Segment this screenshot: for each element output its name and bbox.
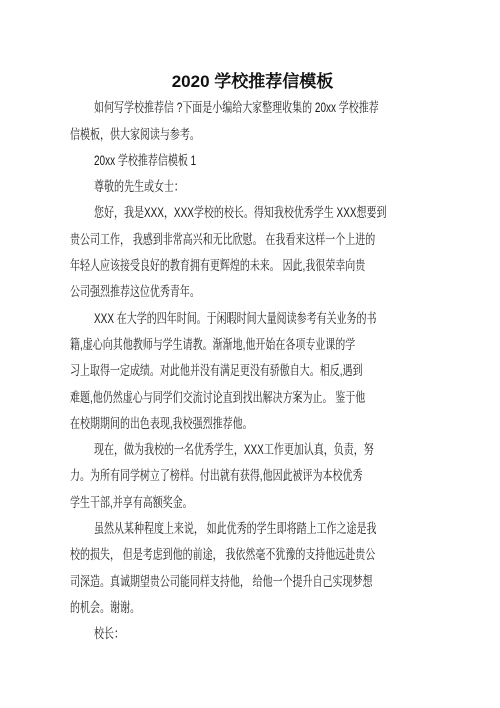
document-line: 力。为所有同学树立了榜样。付出就有获得,他因此被评为本校优秀 bbox=[70, 463, 435, 489]
document-line: 尊敬的先生或女士： bbox=[70, 174, 435, 200]
document-line: 难题,他仍然虚心与同学们交流讨论直到找出解决方案为止。 鉴于他 bbox=[70, 385, 435, 411]
document-line-text: 校的损失， 但是考虑到他的前途， 我依然毫不犹豫的支持他远赴贵公 bbox=[70, 542, 375, 568]
document-line: 司深造。真诚期望贵公司能同样支持他， 给他一个提升自己实现梦想 bbox=[70, 569, 435, 595]
document-line-text: 如何写学校推荐信 ?下面是小编给大家整理收集的 20xx 学校推荐 bbox=[94, 95, 379, 121]
document-line-text: 的机会。谢谢。 bbox=[70, 595, 140, 621]
document-line-text: 难题,他仍然虚心与同学们交流讨论直到找出解决方案为止。 鉴于他 bbox=[70, 385, 365, 411]
document-line-text: 公司强烈推荐这位优秀青年。 bbox=[70, 279, 200, 305]
document-line-text: 20xx 学校推荐信模板 1 bbox=[94, 148, 196, 174]
document-line-text: 司深造。真诚期望贵公司能同样支持他， 给他一个提升自己实现梦想 bbox=[70, 569, 372, 595]
document-line: 习上取得一定成绩。对此他并没有满足更没有骄傲自大。相反,遇到 bbox=[70, 358, 435, 384]
document-line: 年轻人应该接受良好的教育拥有更辉煌的未来。 因此,我很荣幸向贵 bbox=[70, 253, 435, 279]
document-line-text: 学生干部,并享有高额奖金。 bbox=[70, 490, 193, 516]
document-line-text: 虽然从某种程度上来说， 如此优秀的学生即将踏上工作之途是我 bbox=[94, 516, 376, 542]
document-line-text: 尊敬的先生或女士： bbox=[94, 174, 184, 200]
document-line: 您好，我是XXX，XXX学校的校长。得知我校优秀学生 XXX想要到 bbox=[70, 200, 435, 226]
document-line: 信模板，供大家阅读与参考。 bbox=[70, 122, 435, 148]
document-line-text: 在校期期间的出色表现,我校强烈推荐他。 bbox=[70, 411, 253, 437]
document-title: 2020 学校推荐信模板 bbox=[70, 69, 435, 95]
document-line-text: XXX 在大学的四年时间。于闲暇时间大量阅读参考有关业务的书 bbox=[94, 306, 377, 332]
document-line: 在校期期间的出色表现,我校强烈推荐他。 bbox=[70, 411, 435, 437]
document-line-text: 习上取得一定成绩。对此他并没有满足更没有骄傲自大。相反,遇到 bbox=[70, 358, 362, 384]
document-line: 虽然从某种程度上来说， 如此优秀的学生即将踏上工作之途是我 bbox=[70, 516, 435, 542]
document-line: 籍,虚心向其他教师与学生请教。渐渐地,他开始在各项专业课的学 bbox=[70, 332, 435, 358]
document-line: XXX 在大学的四年时间。于闲暇时间大量阅读参考有关业务的书 bbox=[70, 306, 435, 332]
document-line: 如何写学校推荐信 ?下面是小编给大家整理收集的 20xx 学校推荐 bbox=[70, 95, 435, 121]
document-line-text: 籍,虚心向其他教师与学生请教。渐渐地,他开始在各项专业课的学 bbox=[70, 332, 355, 358]
document-line: 公司强烈推荐这位优秀青年。 bbox=[70, 279, 435, 305]
document-line: 现在，做为我校的一名优秀学生，XXX工作更加认真，负责，努 bbox=[70, 437, 435, 463]
document-line: 20xx 学校推荐信模板 1 bbox=[70, 148, 435, 174]
document-line-text: 年轻人应该接受良好的教育拥有更辉煌的未来。 因此,我很荣幸向贵 bbox=[70, 253, 365, 279]
document-line-text: 您好，我是XXX，XXX学校的校长。得知我校优秀学生 XXX想要到 bbox=[94, 200, 387, 226]
document-line-text: 信模板，供大家阅读与参考。 bbox=[70, 122, 200, 148]
document-body: 如何写学校推荐信 ?下面是小编给大家整理收集的 20xx 学校推荐信模板，供大家… bbox=[70, 95, 435, 647]
document-line: 的机会。谢谢。 bbox=[70, 595, 435, 621]
document-line: 校长： bbox=[70, 621, 435, 647]
document-line-text: 现在，做为我校的一名优秀学生，XXX工作更加认真，负责，努 bbox=[94, 437, 374, 463]
document-line: 学生干部,并享有高额奖金。 bbox=[70, 490, 435, 516]
document-line-text: 贵公司工作， 我感到非常高兴和无比欣慰。 在我看来这样一个上进的 bbox=[70, 227, 375, 253]
document-line-text: 力。为所有同学树立了榜样。付出就有获得,他因此被评为本校优秀 bbox=[70, 463, 362, 489]
document-line: 校的损失， 但是考虑到他的前途， 我依然毫不犹豫的支持他远赴贵公 bbox=[70, 542, 435, 568]
document-page: 2020 学校推荐信模板 如何写学校推荐信 ?下面是小编给大家整理收集的 20x… bbox=[0, 0, 500, 708]
document-line-text: 校长： bbox=[94, 621, 124, 647]
document-line: 贵公司工作， 我感到非常高兴和无比欣慰。 在我看来这样一个上进的 bbox=[70, 227, 435, 253]
